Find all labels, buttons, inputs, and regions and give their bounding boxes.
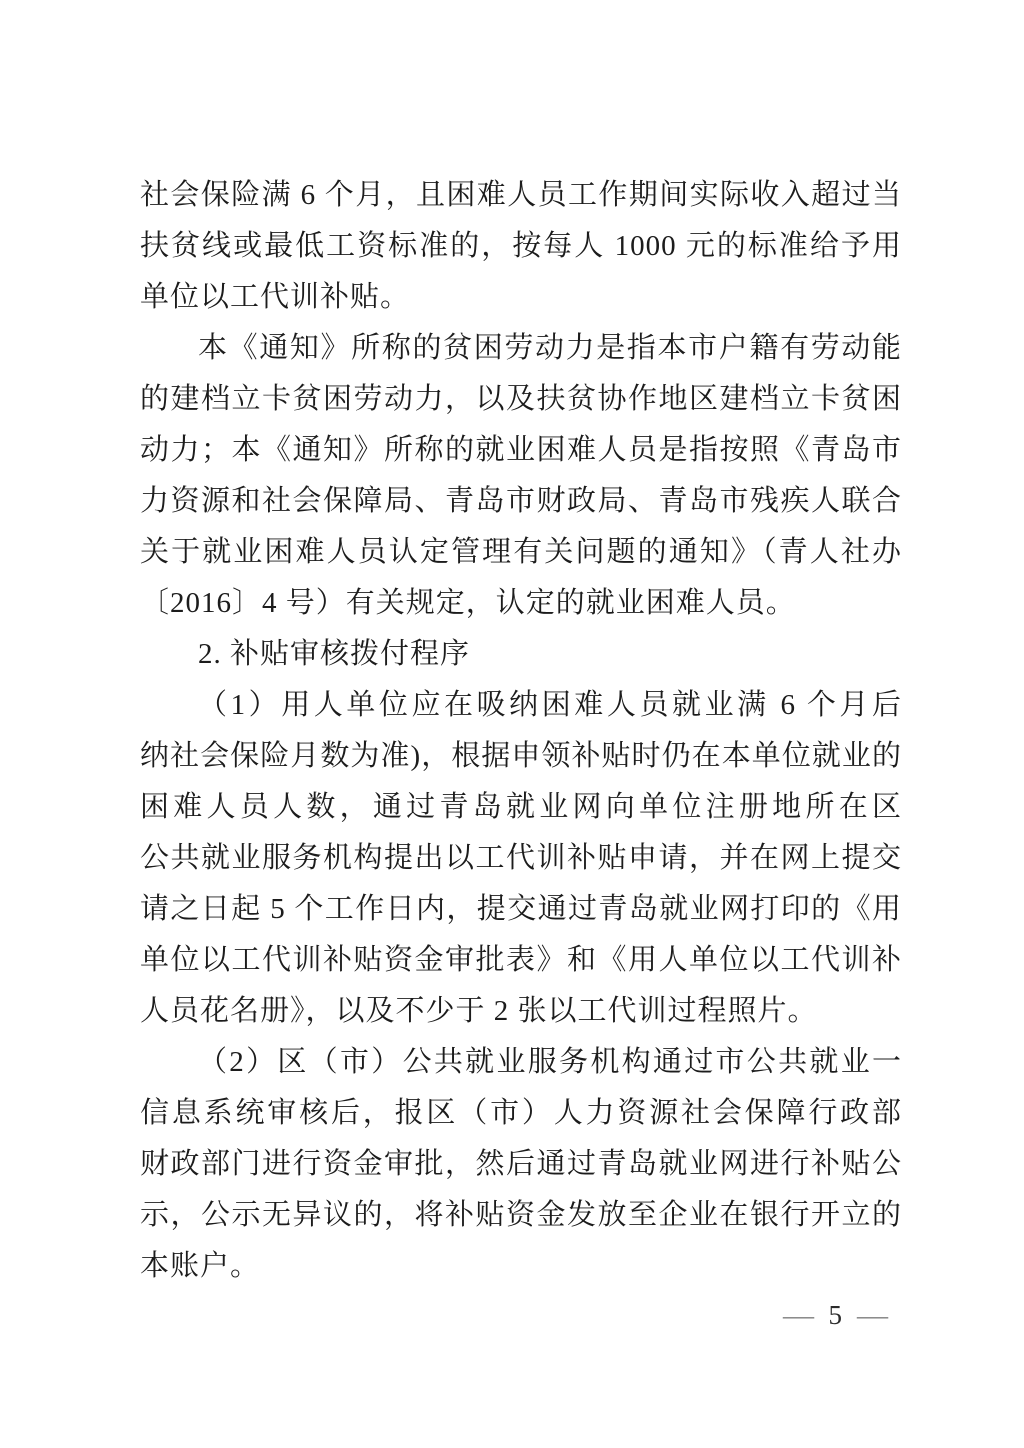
document-line: 人员花名册》，以及不少于 2 张以工代训过程照片。	[140, 986, 902, 1037]
document-line: 公共就业服务机构提出以工代训补贴申请，并在网上提交申	[140, 833, 902, 884]
document-line: 社会保险满 6 个月，且困难人员工作期间实际收入超过当年	[140, 170, 902, 221]
document-page: 社会保险满 6 个月，且困难人员工作期间实际收入超过当年扶贫线或最低工资标准的，…	[0, 0, 1024, 1448]
footer-dash-right: —	[857, 1298, 888, 1332]
document-line: 扶贫线或最低工资标准的，按每人 1000 元的标准给予用人	[140, 221, 902, 272]
document-line: 请之日起 5 个工作日内，提交通过青岛就业网打印的《用人	[140, 884, 902, 935]
document-line: 〔2016〕4 号）有关规定，认定的就业困难人员。	[140, 578, 902, 629]
document-line: 本账户。	[140, 1241, 902, 1292]
document-line: 困难人员人数，通过青岛就业网向单位注册地所在区（市）	[140, 782, 902, 833]
page-number: 5	[829, 1298, 843, 1332]
document-line: 关于就业困难人员认定管理有关问题的通知》（青人社办发	[140, 527, 902, 578]
document-line: 单位以工代训补贴。	[140, 272, 902, 323]
document-line: 力资源和社会保障局、青岛市财政局、青岛市残疾人联合会	[140, 476, 902, 527]
footer-dash-left: —	[782, 1298, 813, 1332]
document-line: （2）区（市）公共就业服务机构通过市公共就业一体化	[140, 1037, 902, 1088]
document-line: 的建档立卡贫困劳动力，以及扶贫协作地区建档立卡贫困劳	[140, 374, 902, 425]
document-line: 纳社会保险月数为准)，根据申领补贴时仍在本单位就业的	[140, 731, 902, 782]
document-line: 本《通知》所称的贫困劳动力是指本市户籍有劳动能力	[140, 323, 902, 374]
document-body: 社会保险满 6 个月，且困难人员工作期间实际收入超过当年扶贫线或最低工资标准的，…	[140, 170, 902, 1292]
document-line: 动力；本《通知》所称的就业困难人员是指按照《青岛市人	[140, 425, 902, 476]
page-footer: — 5 —	[785, 1298, 887, 1332]
document-line: 信息系统审核后，报区（市）人力资源社会保障行政部门、	[140, 1088, 902, 1139]
document-line: 2. 补贴审核拨付程序	[140, 629, 902, 680]
document-line: 示，公示无异议的，将补贴资金发放至企业在银行开立的基	[140, 1190, 902, 1241]
document-line: （1）用人单位应在吸纳困难人员就业满 6 个月后（以缴	[140, 680, 902, 731]
document-line: 财政部门进行资金审批，然后通过青岛就业网进行补贴公	[140, 1139, 902, 1190]
document-line: 单位以工代训补贴资金审批表》和《用人单位以工代训补贴	[140, 935, 902, 986]
